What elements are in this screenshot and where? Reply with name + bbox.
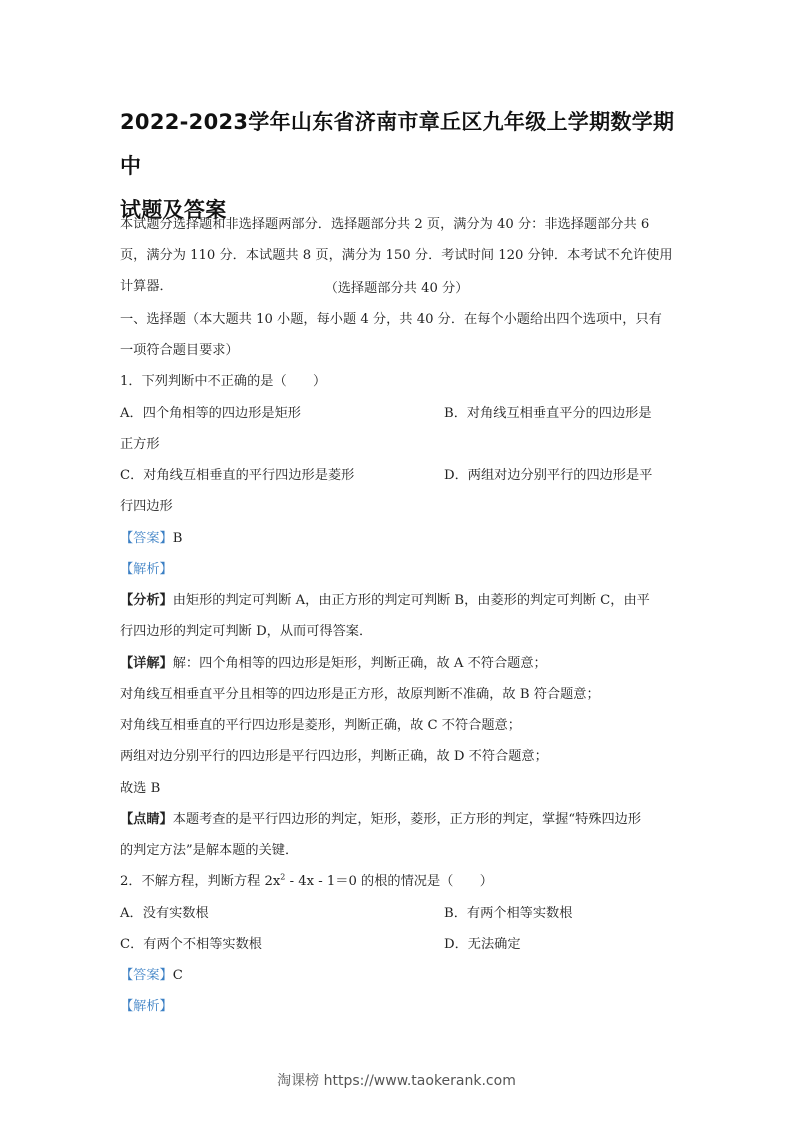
document-title: 2022-2023学年山东省济南市章丘区九年级上学期数学期中 试题及答案 bbox=[120, 100, 690, 232]
xiangjie-tag: 【详解】 bbox=[120, 656, 173, 671]
q2-stem: 2．不解方程，判断方程 2x2 - 4x - 1＝0 的根的情况是（ ） bbox=[120, 873, 493, 891]
q1-answer: 【答案】B bbox=[120, 530, 182, 548]
intro-line-1: 本试题分选择题和非选择题两部分．选择题部分共 2 页，满分为 40 分：非选择题… bbox=[120, 216, 649, 234]
q2-stem-suffix: - 4x - 1＝0 的根的情况是（ ） bbox=[285, 874, 493, 889]
answer-tag: 【答案】 bbox=[120, 968, 173, 983]
q1-option-b-cont: 正方形 bbox=[120, 436, 160, 454]
analysis-tag: 【解析】 bbox=[120, 999, 173, 1014]
q1-option-d: D．两组对边分别平行的四边形是平 bbox=[444, 467, 652, 485]
q1-option-c: C．对角线互相垂直的平行四边形是菱形 bbox=[120, 467, 354, 485]
q1-xiangjie-line-3: 对角线互相垂直的平行四边形是菱形，判断正确，故 C 不符合题意； bbox=[120, 717, 521, 735]
q1-fenxi-line-2: 行四边形的判定可判断 D，从而可得答案． bbox=[120, 623, 372, 641]
fenxi-tag: 【分析】 bbox=[120, 593, 173, 608]
q1-fenxi-line-1: 【分析】由矩形的判定可判断 A，由正方形的判定可判断 B，由菱形的判定可判断 C… bbox=[120, 592, 650, 610]
footer-watermark: 淘课榜 https://www.taokerank.com bbox=[0, 1070, 793, 1090]
dianjing-text-1: 本题考查的是平行四边形的判定，矩形，菱形，正方形的判定，掌握“特殊四边形 bbox=[173, 812, 641, 827]
q2-option-d: D．无法确定 bbox=[444, 936, 521, 954]
answer-tag: 【答案】 bbox=[120, 531, 173, 546]
dianjing-tag: 【点睛】 bbox=[120, 812, 173, 827]
q1-dianjing-line-2: 的判定方法”是解本题的关键． bbox=[120, 842, 298, 860]
q1-xiangjie-line-1: 【详解】解：四个角相等的四边形是矩形，判断正确，故 A 不符合题意； bbox=[120, 655, 547, 673]
q2-stem-prefix: 2．不解方程，判断方程 2x bbox=[120, 874, 280, 889]
q1-xiangjie-line-2: 对角线互相垂直平分且相等的四边形是正方形，故原判断不准确，故 B 符合题意； bbox=[120, 686, 600, 704]
xiangjie-text-1: 解：四个角相等的四边形是矩形，判断正确，故 A 不符合题意； bbox=[173, 656, 547, 671]
q2-analysis: 【解析】 bbox=[120, 998, 173, 1016]
q1-stem: 1．下列判断中不正确的是（ ） bbox=[120, 373, 326, 391]
q1-option-b: B．对角线互相垂直平分的四边形是 bbox=[444, 405, 652, 423]
q1-xiangjie-line-5: 故选 B bbox=[120, 780, 160, 798]
section-subtitle-text: （选择题部分共 40 分） bbox=[325, 281, 469, 296]
q2-option-c: C．有两个不相等实数根 bbox=[120, 936, 262, 954]
section-subtitle: （选择题部分共 40 分） bbox=[0, 280, 793, 298]
fenxi-text-1: 由矩形的判定可判断 A，由正方形的判定可判断 B，由菱形的判定可判断 C，由平 bbox=[173, 593, 650, 608]
q1-option-a: A．四个角相等的四边形是矩形 bbox=[120, 405, 301, 423]
document-page: 2022-2023学年山东省济南市章丘区九年级上学期数学期中 试题及答案 本试题… bbox=[0, 0, 793, 1122]
q2-answer: 【答案】C bbox=[120, 967, 183, 985]
section-heading-line-1: 一、选择题（本大题共 10 小题，每小题 4 分，共 40 分．在每个小题给出四… bbox=[120, 311, 662, 329]
q2-option-a: A．没有实数根 bbox=[120, 905, 209, 923]
analysis-tag: 【解析】 bbox=[120, 562, 173, 577]
q1-analysis: 【解析】 bbox=[120, 561, 173, 579]
section-heading-line-2: 一项符合题目要求） bbox=[120, 342, 239, 360]
answer-value: B bbox=[173, 531, 183, 546]
q1-xiangjie-line-4: 两组对边分别平行的四边形是平行四边形，判断正确，故 D 不符合题意； bbox=[120, 748, 548, 766]
answer-value: C bbox=[173, 968, 183, 983]
q2-option-b: B．有两个相等实数根 bbox=[444, 905, 572, 923]
q1-dianjing-line-1: 【点睛】本题考查的是平行四边形的判定，矩形，菱形，正方形的判定，掌握“特殊四边形 bbox=[120, 811, 641, 829]
title-line-1: 2022-2023学年山东省济南市章丘区九年级上学期数学期中 bbox=[120, 100, 690, 188]
intro-line-2: 页，满分为 110 分．本试题共 8 页，满分为 150 分．考试时间 120 … bbox=[120, 247, 673, 265]
q1-option-d-cont: 行四边形 bbox=[120, 498, 173, 516]
